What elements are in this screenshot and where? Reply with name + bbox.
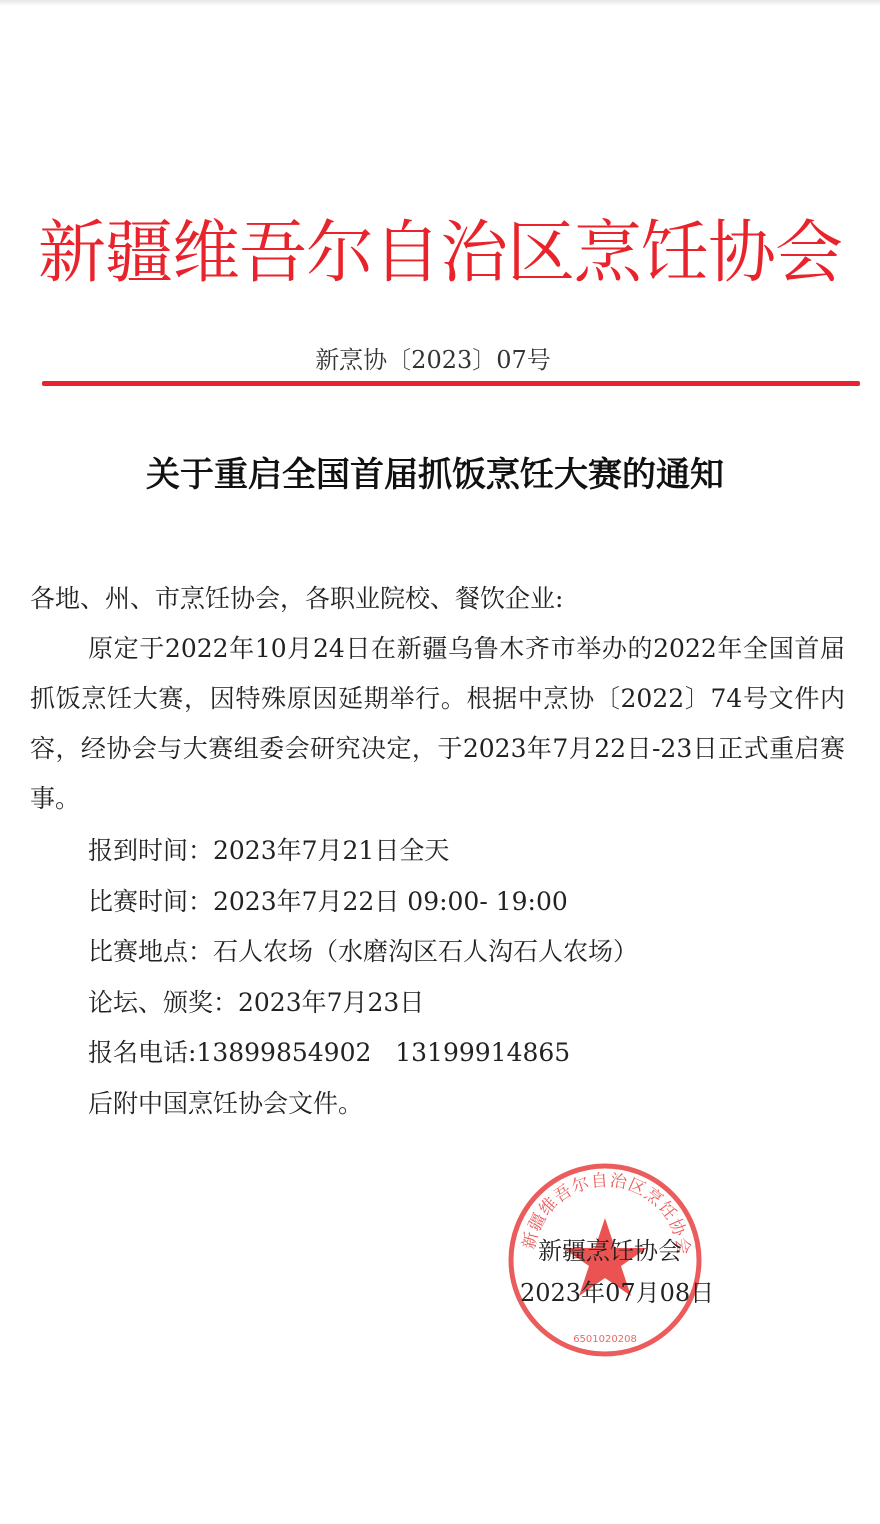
main-paragraph: 原定于2022年10月24日在新疆乌鲁木齐市举办的2022年全国首届抓饭烹饪大赛…: [30, 624, 845, 824]
document-number: 新烹协〔2023〕07号: [0, 342, 866, 378]
organization-letterhead: 新疆维吾尔自治区烹饪协会: [0, 212, 880, 296]
red-divider-line: [42, 381, 860, 386]
detail-competition-venue: 比赛地点：石人农场（水磨沟区石人沟石人农场）: [88, 927, 848, 978]
signature-date: 2023年07月08日: [520, 1272, 740, 1314]
notice-title: 关于重启全国首届抓饭烹饪大赛的通知: [0, 450, 870, 500]
svg-text:6501020208: 6501020208: [573, 1334, 637, 1345]
detail-forum-awards: 论坛、颁奖：2023年7月23日: [88, 978, 848, 1029]
detail-registration-time: 报到时间：2023年7月21日全天: [88, 826, 848, 877]
top-edge-shadow: [0, 0, 880, 6]
event-details: 报到时间：2023年7月21日全天 比赛时间：2023年7月22日 09:00-…: [88, 826, 848, 1129]
salutation: 各地、州、市烹饪协会，各职业院校、餐饮企业:: [30, 574, 845, 624]
detail-competition-time: 比赛时间：2023年7月22日 09:00- 19:00: [88, 877, 848, 928]
detail-attachment-note: 后附中国烹饪协会文件。: [88, 1079, 848, 1130]
signature-block: 新疆烹饪协会 2023年07月08日: [520, 1230, 740, 1314]
signature-organization: 新疆烹饪协会: [520, 1230, 740, 1272]
detail-registration-phone: 报名电话:13899854902 13199914865: [88, 1028, 848, 1079]
